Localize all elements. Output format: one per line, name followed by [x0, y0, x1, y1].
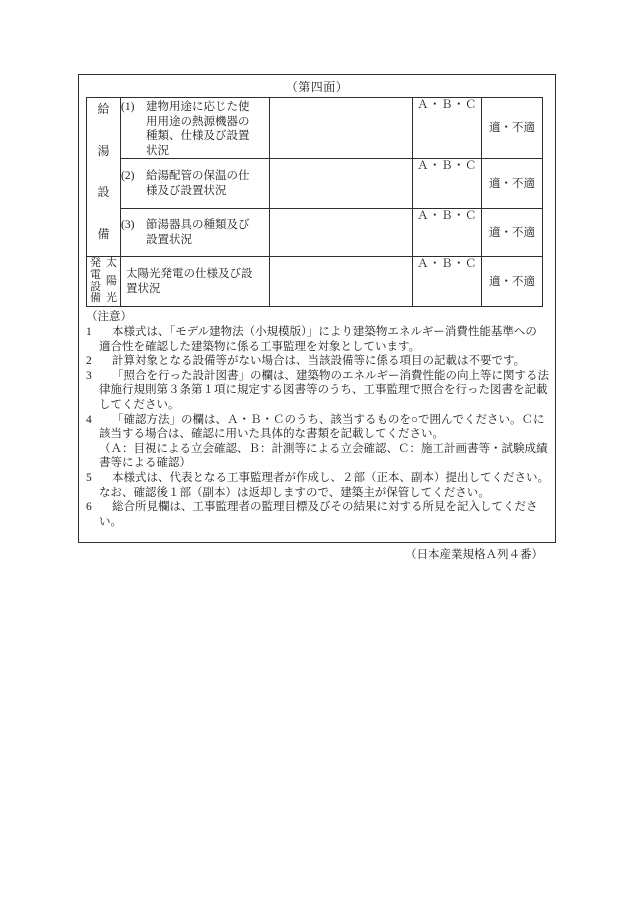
note-text: 「確認方法」の欄は、Ａ・Ｂ・Ｃのうち、該当するものを○で囲んでください。Ｃに: [112, 414, 544, 426]
note-item-3: 3「照合を行った設計図書」の欄は、建築物のエネルギー消費性能の向上等に関する法 …: [86, 369, 551, 413]
confirmation-method-cell[interactable]: Ａ・Ｂ・Ｃ: [413, 209, 482, 257]
group-cell-solar-power: 発電設備 太陽光: [87, 257, 121, 307]
inspection-item-cell: (2) 給湯配管の保温の仕 様及び設置状況: [121, 159, 270, 209]
paper-size-note: （日本産業規格Ａ列４番）: [0, 548, 543, 562]
table-row: 発電設備 太陽光 太陽光発電の仕様及び設 置状況 Ａ・Ｂ・Ｃ 適・不適: [87, 257, 543, 307]
confirmation-method-cell[interactable]: Ａ・Ｂ・Ｃ: [413, 98, 482, 159]
vertical-label-power-generation: 発電設備: [90, 258, 101, 304]
item-number: (3): [121, 218, 146, 233]
result-cell[interactable]: 適・不適: [482, 98, 543, 159]
group-cell-hot-water-equipment: 給湯設備: [87, 98, 121, 257]
note-item-4: 4「確認方法」の欄は、Ａ・Ｂ・Ｃのうち、該当するものを○で囲んでください。Ｃに …: [86, 413, 551, 471]
note-item-6: 6総合所見欄は、工事監理者の監理目標及びその結果に対する所見を記入してくださ い…: [86, 500, 551, 529]
vertical-label-solar: 太陽光: [106, 258, 117, 304]
note-number: 6: [86, 500, 112, 515]
item-number: (2): [121, 169, 146, 184]
note-text: い。: [86, 515, 551, 530]
confirmation-method-cell[interactable]: Ａ・Ｂ・Ｃ: [413, 257, 482, 307]
note-number: 5: [86, 471, 112, 486]
result-cell[interactable]: 適・不適: [482, 257, 543, 307]
design-documents-cell[interactable]: [270, 209, 413, 257]
table-row: (3) 節湯器具の種類及び 設置状況 Ａ・Ｂ・Ｃ 適・不適: [87, 209, 543, 257]
note-text: 書等による確認）: [86, 456, 551, 471]
note-text: 総合所見欄は、工事監理者の監理目標及びその結果に対する所見を記入してくださ: [112, 501, 538, 513]
item-text: 太陽光発電の仕様及び設 置状況: [126, 267, 269, 296]
note-text: してください。: [86, 398, 551, 413]
item-text: 給湯配管の保温の仕 様及び設置状況: [146, 169, 269, 198]
design-documents-cell[interactable]: [270, 257, 413, 307]
note-text: 本様式は、代表となる工事監理者が作成し、２部（正本、副本）提出してください。: [112, 472, 549, 484]
form-box: （第四面） 給湯設備 (1) 建物用途に応じた使 用用途の熱源機器の 種類、仕様…: [78, 74, 556, 543]
design-documents-cell[interactable]: [270, 98, 413, 159]
notes-heading: （注意）: [86, 310, 551, 325]
inspection-item-cell: 太陽光発電の仕様及び設 置状況: [121, 257, 270, 307]
inspection-item-cell: (3) 節湯器具の種類及び 設置状況: [121, 209, 270, 257]
item-text: 建物用途に応じた使 用用途の熱源機器の 種類、仕様及び設置 状況: [146, 100, 269, 158]
note-text: （Ａ：目視による立会確認、Ｂ：計測等による立会確認、Ｃ：施工計画書等・試験成績: [86, 442, 551, 457]
confirmation-method-cell[interactable]: Ａ・Ｂ・Ｃ: [413, 159, 482, 209]
item-number: (1): [121, 100, 146, 115]
table-row: 給湯設備 (1) 建物用途に応じた使 用用途の熱源機器の 種類、仕様及び設置 状…: [87, 98, 543, 159]
note-text: 本様式は、「モデル建物法（小規模版）」により建築物エネルギー消費性能基準への: [112, 326, 537, 338]
note-number: 4: [86, 413, 112, 428]
note-item-1: 1本様式は、「モデル建物法（小規模版）」により建築物エネルギー消費性能基準への …: [86, 325, 551, 354]
result-cell[interactable]: 適・不適: [482, 209, 543, 257]
note-item-5: 5本様式は、代表となる工事監理者が作成し、２部（正本、副本）提出してください。 …: [86, 471, 551, 500]
note-number: 1: [86, 325, 112, 340]
vertical-label-hot-water: 給湯設備: [87, 98, 120, 245]
item-text: 節湯器具の種類及び 設置状況: [146, 218, 269, 247]
note-text: 「照合を行った設計図書」の欄は、建築物のエネルギー消費性能の向上等に関する法: [112, 370, 549, 382]
design-documents-cell[interactable]: [270, 159, 413, 209]
note-number: 2: [86, 354, 112, 369]
note-text: 計算対象となる設備等がない場合は、当該設備等に係る項目の記載は不要です。: [112, 355, 525, 367]
inspection-table: 給湯設備 (1) 建物用途に応じた使 用用途の熱源機器の 種類、仕様及び設置 状…: [86, 97, 543, 307]
note-text: 該当する場合は、確認に用いた具体的な書類を記載してください。: [86, 427, 551, 442]
table-row: (2) 給湯配管の保温の仕 様及び設置状況 Ａ・Ｂ・Ｃ 適・不適: [87, 159, 543, 209]
inspection-item-cell: (1) 建物用途に応じた使 用用途の熱源機器の 種類、仕様及び設置 状況: [121, 98, 270, 159]
document-page: （第四面） 給湯設備 (1) 建物用途に応じた使 用用途の熱源機器の 種類、仕様…: [0, 0, 630, 903]
page-title: （第四面）: [79, 80, 555, 95]
note-text: 律施行規則第３条第１項に規定する図書等のうち、工事監理で照合を行った図書を記載: [86, 383, 551, 398]
note-text: なお、確認後１部（副本）は返却しますので、建築主が保管してください。: [86, 486, 551, 501]
note-number: 3: [86, 369, 112, 384]
notes-section: （注意） 1本様式は、「モデル建物法（小規模版）」により建築物エネルギー消費性能…: [86, 310, 551, 529]
note-text: 適合性を確認した建築物に係る工事監理を対象としています。: [86, 340, 551, 355]
note-item-2: 2計算対象となる設備等がない場合は、当該設備等に係る項目の記載は不要です。: [86, 354, 551, 369]
result-cell[interactable]: 適・不適: [482, 159, 543, 209]
